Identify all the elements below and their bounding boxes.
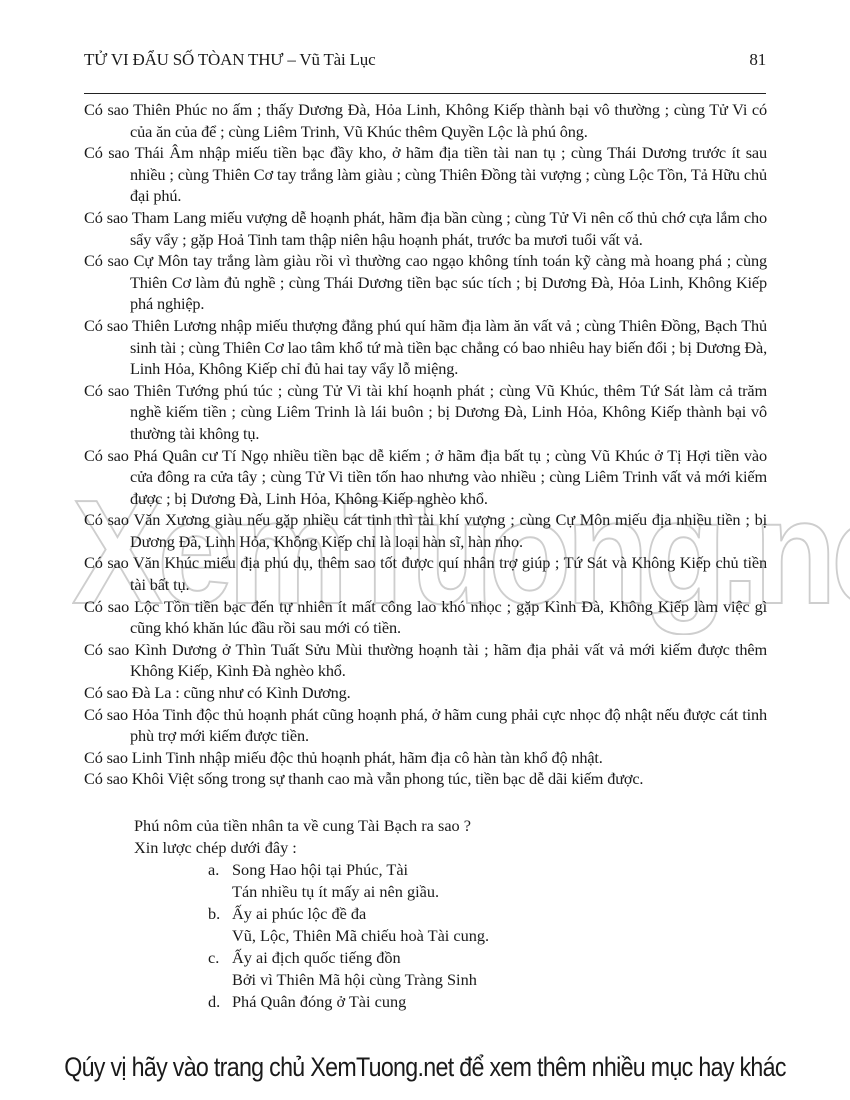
paragraph: Có sao Đà La : cũng như có Kình Dương. — [84, 682, 767, 704]
paragraph: Có sao Thiên Lương nhập miếu thượng đẳng… — [84, 315, 767, 380]
poem-item: b. Ấy ai phúc lộc đề đa Vũ, Lộc, Thiên M… — [208, 903, 489, 947]
paragraph: Có sao Kình Dương ở Thìn Tuất Sửu Mùi th… — [84, 639, 767, 682]
paragraph: Có sao Linh Tinh nhập miếu độc thủ hoạnh… — [84, 747, 767, 769]
book-title: TỬ VI ĐẨU SỐ TÒAN THƯ – Vũ Tài Lục — [84, 50, 375, 70]
list-marker: b. — [208, 903, 232, 947]
page-number: 81 — [749, 50, 766, 70]
header-rule — [84, 93, 766, 94]
poem-list: a. Song Hao hội tại Phúc, Tài Tán nhiều … — [208, 859, 489, 1013]
poem-line: Bởi vì Thiên Mã hội cùng Tràng Sinh — [232, 969, 477, 991]
poem-item: c. Ấy ai địch quốc tiếng đồn Bởi vì Thiê… — [208, 947, 489, 991]
paragraph: Có sao Lộc Tồn tiền bạc đến tự nhiên ít … — [84, 596, 767, 639]
poem-intro-line: Phú nôm của tiền nhân ta về cung Tài Bạc… — [134, 815, 489, 837]
paragraph: Có sao Thiên Phúc no ấm ; thấy Dương Đà,… — [84, 99, 767, 142]
poem-intro-line: Xin lược chép dưới đây : — [134, 837, 489, 859]
paragraph: Có sao Cự Môn tay trắng làm giàu rồi vì … — [84, 250, 767, 315]
footer-promo-text: Qúy vị hãy vào trang chủ XemTuong.net để… — [60, 1052, 791, 1083]
paragraph: Có sao Văn Xương giàu nếu gặp nhiều cát … — [84, 509, 767, 552]
poem-line: Song Hao hội tại Phúc, Tài — [232, 859, 439, 881]
paragraph: Có sao Khôi Việt sống trong sự thanh cao… — [84, 768, 767, 790]
paragraph: Có sao Hỏa Tinh độc thủ hoạnh phát cũng … — [84, 704, 767, 747]
poem-line: Vũ, Lộc, Thiên Mã chiếu hoà Tài cung. — [232, 925, 489, 947]
list-marker: a. — [208, 859, 232, 903]
paragraph: Có sao Thái Âm nhập miếu tiền bạc đầy kh… — [84, 142, 767, 207]
list-marker: c. — [208, 947, 232, 991]
poem-section: Phú nôm của tiền nhân ta về cung Tài Bạc… — [134, 815, 489, 1013]
paragraph: Có sao Phá Quân cư Tí Ngọ nhiều tiền bạc… — [84, 445, 767, 510]
poem-line: Ấy ai phúc lộc đề đa — [232, 903, 489, 925]
poem-line: Phá Quân đóng ở Tài cung — [232, 991, 406, 1013]
running-header: TỬ VI ĐẨU SỐ TÒAN THƯ – Vũ Tài Lục 81 — [84, 50, 766, 76]
body-text: Có sao Thiên Phúc no ấm ; thấy Dương Đà,… — [84, 99, 767, 790]
list-marker: d. — [208, 991, 232, 1013]
poem-line: Ấy ai địch quốc tiếng đồn — [232, 947, 477, 969]
paragraph: Có sao Thiên Tướng phú túc ; cùng Tử Vi … — [84, 380, 767, 445]
paragraph: Có sao Tham Lang miếu vượng dễ hoạnh phá… — [84, 207, 767, 250]
poem-line: Tán nhiều tụ ít mấy ai nên giầu. — [232, 881, 439, 903]
poem-item: a. Song Hao hội tại Phúc, Tài Tán nhiều … — [208, 859, 489, 903]
poem-item: d. Phá Quân đóng ở Tài cung — [208, 991, 489, 1013]
paragraph: Có sao Văn Khúc miếu địa phú dụ, thêm sa… — [84, 552, 767, 595]
